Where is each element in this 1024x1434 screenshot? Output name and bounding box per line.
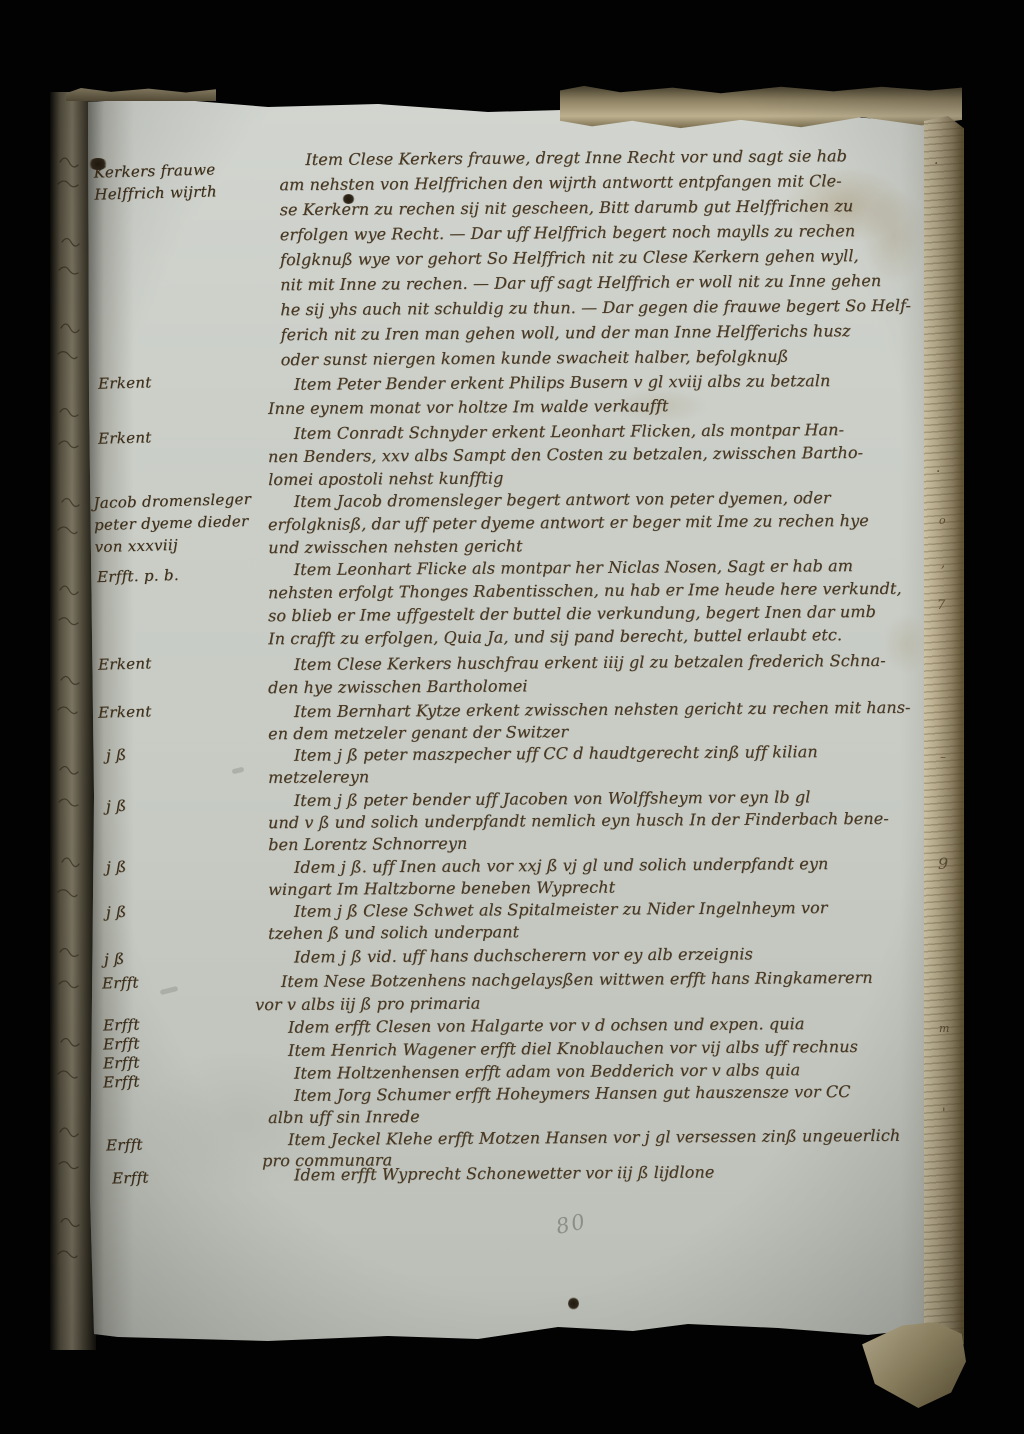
ink-blot <box>88 158 108 170</box>
margin-note: Erkent <box>98 371 152 394</box>
entry-text: Idem j ß vid. uff hans duchscherern vor … <box>268 943 753 968</box>
fore-edge-ink-mark: · <box>936 464 940 480</box>
entry-text: Item Henrich Wagener erfft diel Knoblauc… <box>262 1036 858 1062</box>
entry-text: Item Peter Bender erkent Philips Busern … <box>268 369 831 421</box>
entry-text: Item j ß Clese Schwet als Spitalmeister … <box>268 897 828 945</box>
entry-text: Idem erfft Wyprecht Schonewetter vor iij… <box>268 1161 715 1186</box>
fore-edge-ink-mark: 7 <box>937 598 945 613</box>
margin-note: j ß <box>106 744 127 767</box>
margin-note: Kerkers frauweHelffrich wijrth <box>93 158 217 205</box>
fore-edge-ink-mark: 9 <box>938 854 948 873</box>
margin-note: Erkent <box>98 700 152 723</box>
fore-edge-ink-mark: m <box>939 1022 949 1035</box>
entry-text: Item j ß peter maszpecher uff CC d haudt… <box>268 741 818 789</box>
ink-blot <box>342 194 355 204</box>
margin-note: j ß <box>104 948 125 971</box>
fore-edge-ink-mark: , <box>941 556 945 571</box>
entry-text: Item Nese Botzenhens nachgelaysßen wittw… <box>255 966 873 1016</box>
margin-note: Erkent <box>98 652 152 675</box>
margin-note: Erkent <box>98 426 152 449</box>
register-entries: Kerkers frauweHelffrich wijrth Item Cles… <box>0 0 1024 1434</box>
entry-text: Item Bernhart Kytze erkent zwisschen neh… <box>268 697 911 745</box>
margin-note: Erfft. p. b. <box>97 564 179 588</box>
fore-edge-ink-mark: – <box>940 750 946 764</box>
entry-text: Idem j ß. uff Inen auch vor xxj ß vj gl … <box>268 853 829 901</box>
fore-edge-ink-mark: · <box>934 156 938 172</box>
entry-text: Item Jacob dromensleger begert antwort v… <box>268 486 869 559</box>
entry-text: Item Leonhart Flicke als montpar her Nic… <box>268 554 902 650</box>
page-stack-fore-edge <box>924 116 964 1354</box>
margin-note: Erfft <box>106 1134 143 1157</box>
entry-text: Idem erfft Clesen von Halgarte vor v d o… <box>262 1013 805 1039</box>
entry-text: Item Clese Kerkers frauwe, dregt Inne Re… <box>279 143 911 372</box>
ink-blot <box>568 1297 579 1310</box>
entry-text: Item Conradt Schnyder erkent Leonhart Fl… <box>268 418 864 491</box>
entry-text: Item Jorg Schumer erfft Hoheymers Hansen… <box>268 1081 851 1129</box>
margin-note: j ß <box>106 901 127 924</box>
margin-note: Erfft <box>102 972 139 995</box>
manuscript-photo: Kerkers frauweHelffrich wijrth Item Cles… <box>0 0 1024 1434</box>
fore-edge-ink-mark: o <box>939 514 946 527</box>
entry-text: Item j ß peter bender uff Jacoben von Wo… <box>268 786 889 856</box>
margin-note: j ß <box>106 795 127 818</box>
margin-note: Erfft <box>103 1071 140 1094</box>
margin-note: j ß <box>106 856 127 879</box>
entry-text: Item Clese Kerkers huschfrau erkent iiij… <box>268 649 886 699</box>
margin-note: Erfft <box>112 1167 149 1190</box>
fore-edge-ink-mark: ' <box>942 1106 946 1121</box>
margin-note: Jacob dromenslegerpeter dyeme diedervon … <box>93 488 252 558</box>
